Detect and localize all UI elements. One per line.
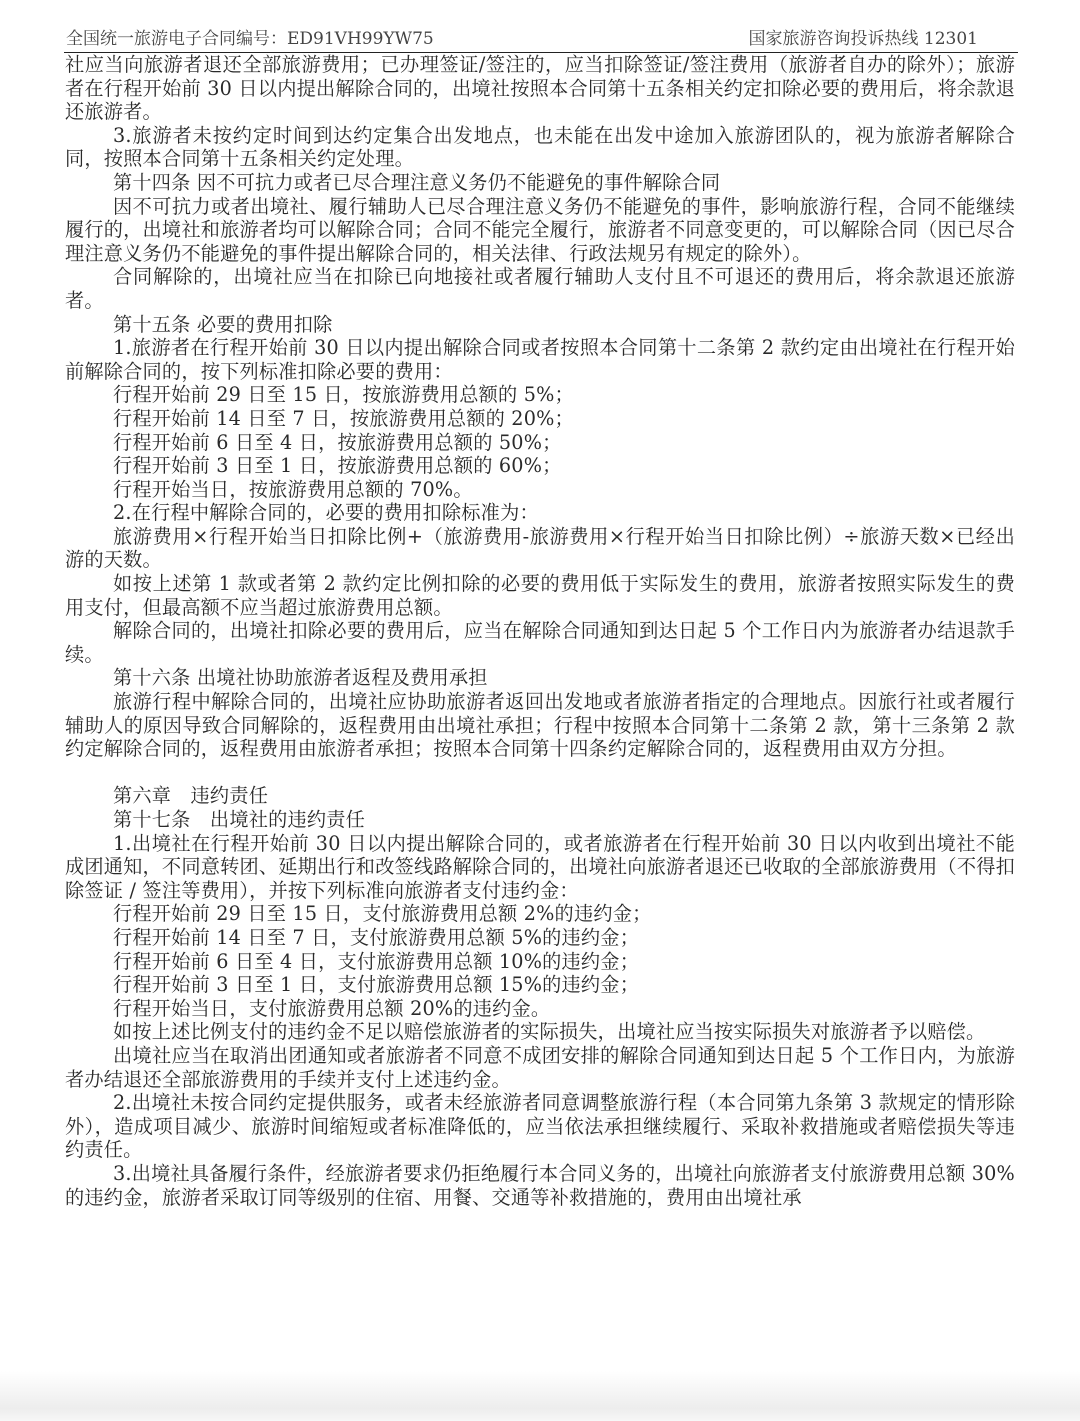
article-17-item-2: 2.出境社未按合同约定提供服务，或者未经旅游者同意调整旅游行程（本合同第九条第 … — [65, 1091, 1015, 1162]
penalty-schedule-line: 行程开始当日，支付旅游费用总额 20%的违约金。 — [65, 997, 1015, 1021]
article-15-item-1: 1.旅游者在行程开始前 30 日以内提出解除合同或者按照本合同第十二条第 2 款… — [65, 336, 1015, 383]
page-bottom-shadow — [0, 1371, 1080, 1421]
contract-number: 全国统一旅游电子合同编号：ED91VH99YW75 — [66, 27, 434, 51]
deduction-schedule-line: 行程开始前 3 日至 1 日，按旅游费用总额的 60%； — [65, 454, 1015, 478]
penalty-schedule-line: 行程开始前 14 日至 7 日，支付旅游费用总额 5%的违约金； — [65, 926, 1015, 950]
deduction-schedule-line: 行程开始前 6 日至 4 日，按旅游费用总额的 50%； — [65, 431, 1015, 455]
article-17-item-3: 3.出境社具备履行条件，经旅游者要求仍拒绝履行本合同义务的，出境社向旅游者支付旅… — [65, 1162, 1015, 1209]
article-14-paragraph-1: 因不可抗力或者出境社、履行辅助人已尽合理注意义务仍不能避免的事件，影响旅游行程，… — [65, 195, 1015, 266]
article-15-title: 第十五条 必要的费用扣除 — [65, 313, 1015, 337]
deduction-formula: 旅游费用×行程开始当日扣除比例+（旅游费用-旅游费用×行程开始当日扣除比例）÷旅… — [65, 525, 1015, 572]
article-17-item-1: 1.出境社在行程开始前 30 日以内提出解除合同的，或者旅游者在行程开始前 30… — [65, 832, 1015, 903]
document-page: 全国统一旅游电子合同编号：ED91VH99YW75 国家旅游咨询投诉热线 123… — [0, 0, 1080, 1421]
complaint-hotline: 国家旅游咨询投诉热线 12301 — [749, 27, 978, 51]
article-17-paragraph-3: 出境社应当在取消出团通知或者旅游者不同意不成团安排的解除合同通知到达日起 5 个… — [65, 1044, 1015, 1091]
article-15-item-2: 2.在行程中解除合同的，必要的费用扣除标准为： — [65, 501, 1015, 525]
section-spacer — [65, 761, 1015, 785]
continued-paragraph: 社应当向旅游者退还全部旅游费用；已办理签证/签注的，应当扣除签证/签注费用（旅游… — [65, 53, 1015, 124]
penalty-schedule-line: 行程开始前 6 日至 4 日，支付旅游费用总额 10%的违约金； — [65, 950, 1015, 974]
chapter-6-title: 第六章 违约责任 — [65, 784, 1015, 808]
page-header: 全国统一旅游电子合同编号：ED91VH99YW75 国家旅游咨询投诉热线 123… — [64, 26, 1018, 53]
article-14-paragraph-2: 合同解除的，出境社应当在扣除已向地接社或者履行辅助人支付且不可退还的费用后，将余… — [65, 265, 1015, 312]
deduction-schedule-line: 行程开始前 29 日至 15 日，按旅游费用总额的 5%； — [65, 383, 1015, 407]
article-16-title: 第十六条 出境社协助旅游者返程及费用承担 — [65, 666, 1015, 690]
article-15-paragraph-3: 如按上述第 1 款或者第 2 款约定比例扣除的必要的费用低于实际发生的费用，旅游… — [65, 572, 1015, 619]
penalty-schedule-line: 行程开始前 3 日至 1 日，支付旅游费用总额 15%的违约金； — [65, 973, 1015, 997]
deduction-schedule-line: 行程开始当日，按旅游费用总额的 70%。 — [65, 478, 1015, 502]
deduction-schedule-line: 行程开始前 14 日至 7 日，按旅游费用总额的 20%； — [65, 407, 1015, 431]
penalty-schedule-line: 行程开始前 29 日至 15 日，支付旅游费用总额 2%的违约金； — [65, 902, 1015, 926]
article-17-title: 第十七条 出境社的违约责任 — [65, 808, 1015, 832]
article-15-paragraph-4: 解除合同的，出境社扣除必要的费用后，应当在解除合同通知到达日起 5 个工作日内为… — [65, 619, 1015, 666]
article-17-paragraph-2: 如按上述比例支付的违约金不足以赔偿旅游者的实际损失，出境社应当按实际损失对旅游者… — [65, 1020, 1015, 1044]
article-16-paragraph-1: 旅游行程中解除合同的，出境社应协助旅游者返回出发地或者旅游者指定的合理地点。因旅… — [65, 690, 1015, 761]
clause-13-item-3: 3.旅游者未按约定时间到达约定集合出发地点，也未能在出发中途加入旅游团队的，视为… — [65, 124, 1015, 171]
article-14-title: 第十四条 因不可抗力或者已尽合理注意义务仍不能避免的事件解除合同 — [65, 171, 1015, 195]
contract-body: 社应当向旅游者退还全部旅游费用；已办理签证/签注的，应当扣除签证/签注费用（旅游… — [65, 53, 1015, 1209]
